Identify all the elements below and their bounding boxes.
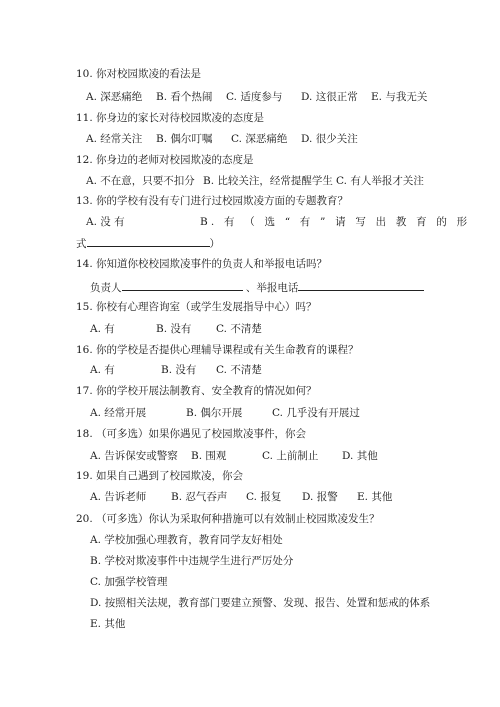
q16-option-c[interactable]: C. 不清楚	[216, 363, 262, 377]
q14-person-label: 负责人	[90, 282, 122, 294]
q14-person-blank[interactable]	[122, 279, 243, 291]
question-17: 17. 你的学校开展法制教育、安全教育的情况如何？	[76, 384, 317, 398]
q17-option-b[interactable]: B. 偶尔开展	[186, 406, 242, 420]
q10-option-d[interactable]: D. 这很正常	[301, 90, 358, 104]
q11-option-b[interactable]: B. 偶尔叮嘱	[156, 132, 212, 146]
q19-option-e[interactable]: E. 其他	[357, 490, 392, 504]
question-14: 14. 你知道你校校园欺凌事件的负责人和举报电话吗？	[76, 257, 327, 271]
q20-option-e[interactable]: E. 其他	[90, 617, 125, 631]
question-20: 20. （可多选）你认为采取何种措施可以有效制止校园欺凌发生？	[76, 512, 380, 526]
q10-option-a[interactable]: A. 深恶痛绝	[86, 90, 142, 104]
q18-option-d[interactable]: D. 其他	[342, 449, 378, 463]
q14-phone-blank[interactable]	[298, 279, 424, 291]
q19-option-b[interactable]: B. 忍气吞声	[171, 490, 227, 504]
q15-option-b[interactable]: B. 没有	[156, 322, 191, 336]
q13-form-suffix: ）	[210, 238, 221, 250]
question-16: 16. 你的学校是否提供心理辅导课程或有关生命教育的课程？	[76, 343, 359, 357]
q14-phone-label: 、举报电话	[246, 282, 299, 294]
question-15: 15. 你校有心理咨询室（或学生发展指导中心）吗？	[76, 300, 317, 314]
q19-option-d[interactable]: D. 报警	[302, 490, 338, 504]
q11-option-a[interactable]: A. 经常关注	[86, 132, 142, 146]
q20-option-b[interactable]: B. 学校对欺凌事件中违规学生进行严厉处分	[90, 554, 293, 568]
q12-option-c[interactable]: C. 有人举报才关注	[336, 174, 424, 188]
question-11: 11. 你身边的家长对待校园欺凌的态度是	[76, 111, 264, 125]
q20-option-c[interactable]: C. 加强学校管理	[90, 575, 167, 589]
q17-option-a[interactable]: A. 经常开展	[90, 406, 146, 420]
question-13: 13. 你的学校有没有专门进行过校园欺凌方面的专题教育？	[76, 194, 348, 208]
q19-option-a[interactable]: A. 告诉老师	[90, 490, 146, 504]
q18-option-c[interactable]: C. 上前制止	[262, 449, 318, 463]
question-19: 19. 如果自己遇到了校园欺凌，你会	[76, 469, 243, 483]
q10-option-c[interactable]: C. 适度参与	[226, 90, 282, 104]
q12-option-a[interactable]: A. 不在意，只要不扣分	[86, 174, 195, 188]
q15-option-a[interactable]: A. 有	[90, 322, 115, 336]
q17-option-c[interactable]: C. 几乎没有开展过	[272, 406, 360, 420]
q10-option-e[interactable]: E. 与我无关	[371, 90, 427, 104]
question-10: 10. 你对校园欺凌的看法是	[76, 67, 201, 81]
q19-option-c[interactable]: C. 报复	[246, 490, 281, 504]
q13-form-line: 式）	[76, 235, 220, 251]
q16-option-a[interactable]: A. 有	[90, 363, 115, 377]
q10-option-b[interactable]: B. 看个热闹	[156, 90, 212, 104]
q11-option-c[interactable]: C. 深恶痛绝	[231, 132, 287, 146]
q11-option-d[interactable]: D. 很少关注	[301, 132, 358, 146]
q13-form-prefix: 式	[76, 238, 87, 250]
q20-option-a[interactable]: A. 学校加强心理教育，教育同学友好相处	[90, 533, 283, 547]
q14-answer-line: 负责人 、举报电话	[90, 279, 424, 295]
q18-option-b[interactable]: B. 围观	[191, 449, 226, 463]
q15-option-c[interactable]: C. 不清楚	[216, 322, 262, 336]
question-12: 12. 你身边的老师对校园欺凌的态度是	[76, 153, 254, 167]
q13-option-a[interactable]: A. 没 有	[86, 215, 125, 229]
q13-form-blank[interactable]	[87, 235, 210, 247]
q13-option-b[interactable]: B. 有 （ 选 “ 有 ” 请 写 出 教 育 的 形	[200, 215, 470, 229]
q12-option-b[interactable]: B. 比较关注，经常提醒学生	[203, 174, 333, 188]
q20-option-d[interactable]: D. 按照相关法规，教育部门要建立预警、发现、报告、处置和惩戒的体系	[90, 596, 430, 610]
q18-option-a[interactable]: A. 告诉保安或警察	[90, 449, 178, 463]
q16-option-b[interactable]: B. 没有	[161, 363, 196, 377]
question-18: 18. （可多选）如果你遇见了校园欺凌事件，你会	[76, 427, 306, 441]
